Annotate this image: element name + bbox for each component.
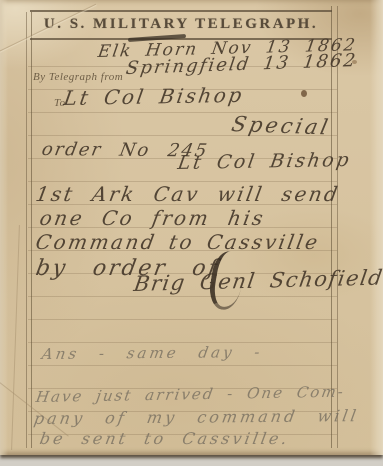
pencil-answer-note: Ans - same day - <box>40 343 264 363</box>
right-margin-rule-outer <box>337 6 338 448</box>
handwritten-line-ark-cav: 1st Ark Cav will send <box>34 182 342 206</box>
ink-stain-dot <box>301 90 307 97</box>
printed-by-telegraph-from-label: By Telegraph from <box>33 71 123 83</box>
paper-crease-left <box>11 225 20 450</box>
pencil-reply-line-2: pany of my command will <box>32 406 360 428</box>
pencil-reply-line-3: be sent to Cassville. <box>38 429 291 448</box>
right-margin-rule-inner <box>331 6 332 448</box>
telegram-scan: U. S. MILITARY TELEGRAPH. By Telegraph f… <box>0 0 383 466</box>
handwritten-line-command: Command to Cassville <box>34 230 322 254</box>
telegram-paper: U. S. MILITARY TELEGRAPH. By Telegraph f… <box>0 0 383 455</box>
left-margin-rule-inner <box>31 12 32 448</box>
handwritten-line-one-co: one Co from his <box>38 206 267 230</box>
handwritten-addressee: Lt Col Bishop <box>176 149 353 174</box>
handwritten-special: Special <box>229 112 332 139</box>
paper-torn-right-edge <box>370 0 383 455</box>
handwritten-recipient: Lt Col Bishop <box>62 83 246 110</box>
left-margin-rule-outer <box>26 12 27 448</box>
